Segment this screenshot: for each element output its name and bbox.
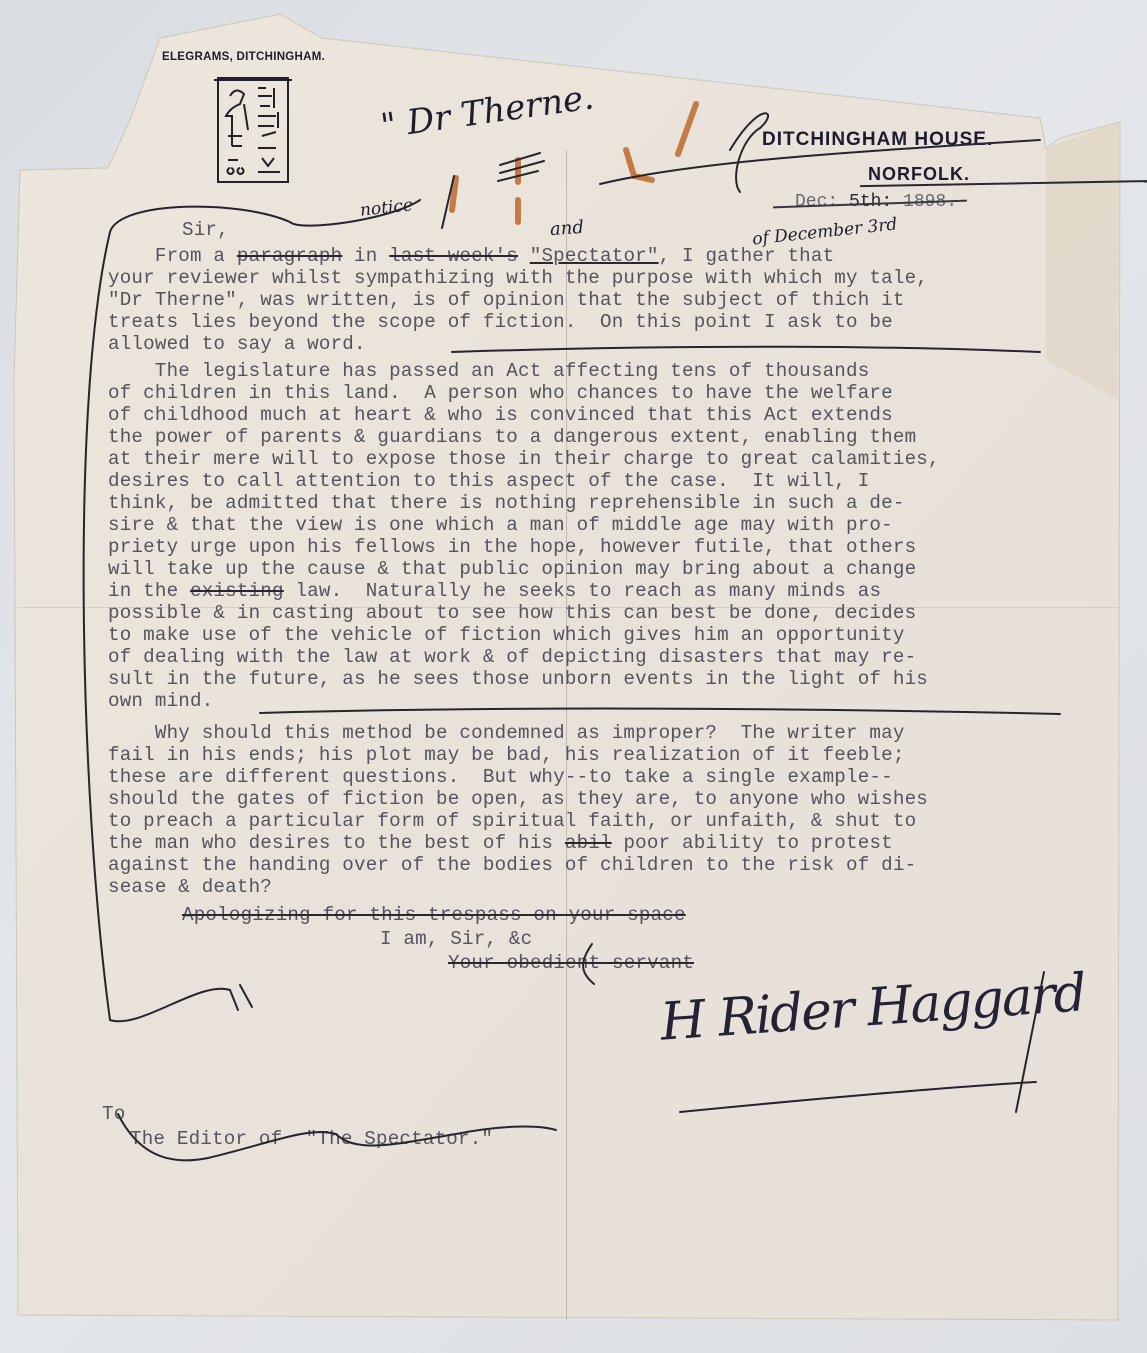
typed-line: these are different questions. But why--…: [108, 766, 928, 788]
typed-line: the man who desires to the best of his a…: [108, 832, 928, 854]
typed-line: in the existing law. Naturally he seeks …: [108, 580, 940, 602]
paragraph-1: From a paragraph in last week's "Spectat…: [108, 245, 928, 355]
typed-line: of children in this land. A person who c…: [108, 382, 940, 404]
date-year: 1898.: [903, 192, 957, 212]
typed-line: priety urge upon his fellows in the hope…: [108, 536, 940, 558]
typed-line: sult in the future, as he sees those unb…: [108, 668, 940, 690]
typed-line: Why should this method be condemned as i…: [108, 722, 928, 744]
typed-line: treats lies beyond the scope of fiction.…: [108, 311, 928, 333]
letter-date: Dec: 5th: 1898.: [795, 192, 957, 212]
letterhead-telegrams: ELEGRAMS, DITCHINGHAM.: [162, 51, 325, 63]
typed-line: to preach a particular form of spiritual…: [108, 810, 928, 832]
typed-line: at their mere will to expose those in th…: [108, 448, 940, 470]
typed-line: to make use of the vehicle of fiction wh…: [108, 624, 940, 646]
typed-line: your reviewer whilst sympathizing with t…: [108, 267, 928, 289]
typed-line: own mind.: [108, 690, 940, 712]
closing-servant: Your obedient servant: [448, 952, 694, 974]
underlined-text: "Spectator": [530, 245, 659, 267]
closing-i-am: I am, Sir, &c: [380, 928, 532, 950]
typed-line: fail in his ends; his plot may be bad, h…: [108, 744, 928, 766]
salutation: Sir,: [182, 219, 229, 241]
typed-line: From a paragraph in last week's "Spectat…: [108, 245, 928, 267]
typed-line: sire & that the view is one which a man …: [108, 514, 940, 536]
typed-line: will take up the cause & that public opi…: [108, 558, 940, 580]
address-editor: The Editor of "The Spectator.": [130, 1128, 493, 1150]
typed-line: allowed to say a word.: [108, 333, 928, 355]
address-to: To: [102, 1103, 125, 1125]
typed-line: think, be admitted that there is nothing…: [108, 492, 940, 514]
typed-line: possible & in casting about to see how t…: [108, 602, 940, 624]
letterhead-house-name: DITCHINGHAM HOUSE.: [762, 129, 993, 151]
typed-line: should the gates of fiction be open, as …: [108, 788, 928, 810]
hieroglyph-crest-icon: [214, 74, 292, 186]
typed-line: sease & death?: [108, 876, 928, 898]
struck-text: paragraph: [237, 245, 342, 267]
letter-sheet: ELEGRAMS, DITCHINGHAM. DITCHINGHAM HOUSE…: [0, 0, 1147, 1353]
paragraph-2: The legislature has passed an Act affect…: [108, 360, 940, 712]
typed-line: the power of parents & guardians to a da…: [108, 426, 940, 448]
closing-apology: Apologizing for this trespass on your sp…: [182, 904, 686, 926]
typed-line: of childhood much at heart & who is conv…: [108, 404, 940, 426]
date-prefix: Dec:: [795, 192, 849, 212]
typed-line: against the handing over of the bodies o…: [108, 854, 928, 876]
typed-line: desires to call attention to this aspect…: [108, 470, 940, 492]
struck-text: last week's: [389, 245, 518, 267]
typed-line: "Dr Therne", was written, is of opinion …: [108, 289, 928, 311]
letterhead-county: NORFOLK.: [868, 164, 1147, 185]
typed-line: of dealing with the law at work & of dep…: [108, 646, 940, 668]
handwritten-and: and: [549, 217, 584, 240]
typed-line: The legislature has passed an Act affect…: [108, 360, 940, 382]
paragraph-3: Why should this method be condemned as i…: [108, 722, 928, 898]
struck-text: existing: [190, 580, 284, 602]
struck-text: abil: [565, 832, 612, 854]
